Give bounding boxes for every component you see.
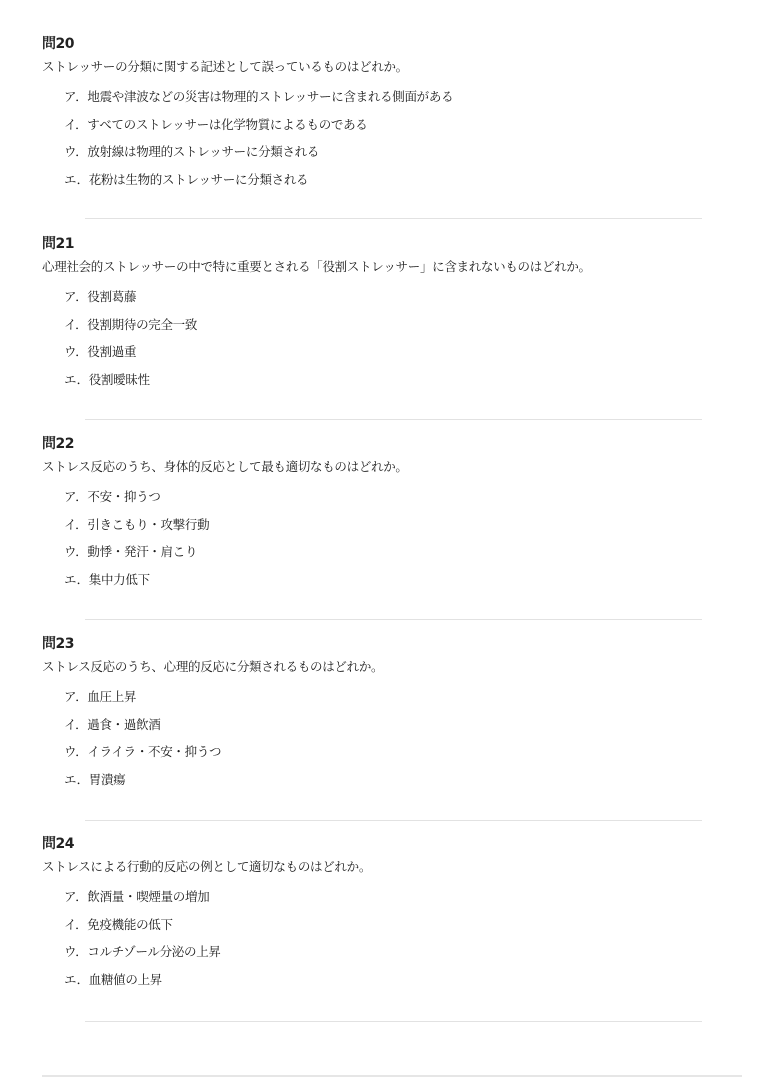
option-u: ウ．コルチゾール分泌の上昇 bbox=[64, 943, 742, 961]
option-text: 不安・抑うつ bbox=[87, 489, 160, 504]
question-number: 問24 bbox=[42, 835, 742, 853]
question-divider bbox=[85, 419, 702, 420]
option-i: イ．免疫機能の低下 bbox=[64, 916, 742, 934]
option-label: ウ． bbox=[64, 343, 87, 361]
option-i: イ．引きこもり・攻撃行動 bbox=[64, 516, 742, 534]
question-text: ストレッサーの分類に関する記述として誤っているものはどれか。 bbox=[42, 58, 742, 76]
option-e: エ．胃潰瘍 bbox=[64, 771, 742, 789]
option-text: 役割期待の完全一致 bbox=[87, 317, 197, 332]
option-a: ア．役割葛藤 bbox=[64, 288, 742, 306]
option-e: エ．血糖値の上昇 bbox=[64, 971, 742, 989]
option-label: イ． bbox=[64, 116, 87, 134]
option-text: 血糖値の上昇 bbox=[89, 972, 162, 987]
option-text: 役割曖昧性 bbox=[89, 372, 150, 387]
option-text: 引きこもり・攻撃行動 bbox=[87, 517, 209, 532]
page-bottom-rule bbox=[42, 1075, 742, 1077]
option-i: イ．すべてのストレッサーは化学物質によるものである bbox=[64, 116, 742, 134]
option-a: ア．不安・抑うつ bbox=[64, 488, 742, 506]
option-e: エ．集中力低下 bbox=[64, 571, 742, 589]
option-u: ウ．イライラ・不安・抑うつ bbox=[64, 743, 742, 761]
question-text: ストレスによる行動的反応の例として適切なものはどれか。 bbox=[42, 858, 742, 876]
question-number: 問23 bbox=[42, 635, 742, 653]
option-label: イ． bbox=[64, 716, 87, 734]
option-u: ウ．放射線は物理的ストレッサーに分類される bbox=[64, 143, 742, 161]
option-list: ア．不安・抑うつ イ．引きこもり・攻撃行動 ウ．動悸・発汗・肩こり エ．集中力低… bbox=[42, 488, 742, 589]
question-22: 問22 ストレス反応のうち、身体的反応として最も適切なものはどれか。 ア．不安・… bbox=[42, 435, 742, 598]
question-divider bbox=[85, 218, 702, 219]
question-24: 問24 ストレスによる行動的反応の例として適切なものはどれか。 ア．飲酒量・喫煙… bbox=[42, 835, 742, 998]
question-text: ストレス反応のうち、心理的反応に分類されるものはどれか。 bbox=[42, 658, 742, 676]
option-text: 免疫機能の低下 bbox=[87, 917, 172, 932]
option-label: エ． bbox=[64, 171, 89, 189]
option-label: ウ． bbox=[64, 743, 87, 761]
option-text: イライラ・不安・抑うつ bbox=[87, 744, 221, 759]
option-a: ア．地震や津波などの災害は物理的ストレッサーに含まれる側面がある bbox=[64, 88, 742, 106]
option-text: 集中力低下 bbox=[89, 572, 150, 587]
option-label: イ． bbox=[64, 316, 87, 334]
option-text: 胃潰瘍 bbox=[89, 772, 126, 787]
option-label: ア． bbox=[64, 488, 87, 506]
option-text: 過食・過飲酒 bbox=[87, 717, 160, 732]
option-label: ウ． bbox=[64, 143, 87, 161]
option-list: ア．役割葛藤 イ．役割期待の完全一致 ウ．役割過重 エ．役割曖昧性 bbox=[42, 288, 742, 389]
option-a: ア．飲酒量・喫煙量の増加 bbox=[64, 888, 742, 906]
option-text: 動悸・発汗・肩こり bbox=[87, 544, 197, 559]
option-label: エ． bbox=[64, 571, 89, 589]
option-list: ア．飲酒量・喫煙量の増加 イ．免疫機能の低下 ウ．コルチゾール分泌の上昇 エ．血… bbox=[42, 888, 742, 989]
option-a: ア．血圧上昇 bbox=[64, 688, 742, 706]
option-text: 地震や津波などの災害は物理的ストレッサーに含まれる側面がある bbox=[87, 89, 453, 104]
option-list: ア．地震や津波などの災害は物理的ストレッサーに含まれる側面がある イ．すべてのス… bbox=[42, 88, 742, 189]
question-number: 問20 bbox=[42, 35, 742, 53]
option-e: エ．花粉は生物的ストレッサーに分類される bbox=[64, 171, 742, 189]
question-divider bbox=[85, 1021, 702, 1022]
question-number: 問22 bbox=[42, 435, 742, 453]
option-label: ア． bbox=[64, 288, 87, 306]
option-label: エ． bbox=[64, 771, 89, 789]
question-divider bbox=[85, 619, 702, 620]
option-text: 放射線は物理的ストレッサーに分類される bbox=[87, 144, 319, 159]
option-label: ウ． bbox=[64, 543, 87, 561]
option-label: イ． bbox=[64, 516, 87, 534]
option-label: エ． bbox=[64, 971, 89, 989]
option-label: ア． bbox=[64, 888, 87, 906]
option-label: ア． bbox=[64, 688, 87, 706]
option-label: ア． bbox=[64, 88, 87, 106]
option-text: 役割葛藤 bbox=[87, 289, 136, 304]
option-text: 役割過重 bbox=[87, 344, 136, 359]
option-u: ウ．動悸・発汗・肩こり bbox=[64, 543, 742, 561]
option-i: イ．役割期待の完全一致 bbox=[64, 316, 742, 334]
option-text: 花粉は生物的ストレッサーに分類される bbox=[89, 172, 308, 187]
option-text: コルチゾール分泌の上昇 bbox=[87, 944, 220, 959]
question-divider bbox=[85, 820, 702, 821]
option-text: 飲酒量・喫煙量の増加 bbox=[87, 889, 209, 904]
option-list: ア．血圧上昇 イ．過食・過飲酒 ウ．イライラ・不安・抑うつ エ．胃潰瘍 bbox=[42, 688, 742, 789]
question-21: 問21 心理社会的ストレッサーの中で特に重要とされる「役割ストレッサー」に含まれ… bbox=[42, 235, 742, 398]
option-u: ウ．役割過重 bbox=[64, 343, 742, 361]
question-number: 問21 bbox=[42, 235, 742, 253]
question-20: 問20 ストレッサーの分類に関する記述として誤っているものはどれか。 ア．地震や… bbox=[42, 35, 742, 198]
option-i: イ．過食・過飲酒 bbox=[64, 716, 742, 734]
option-label: ウ． bbox=[64, 943, 87, 961]
option-e: エ．役割曖昧性 bbox=[64, 371, 742, 389]
question-text: ストレス反応のうち、身体的反応として最も適切なものはどれか。 bbox=[42, 458, 742, 476]
option-label: エ． bbox=[64, 371, 89, 389]
question-text: 心理社会的ストレッサーの中で特に重要とされる「役割ストレッサー」に含まれないもの… bbox=[42, 258, 742, 276]
option-label: イ． bbox=[64, 916, 87, 934]
question-23: 問23 ストレス反応のうち、心理的反応に分類されるものはどれか。 ア．血圧上昇 … bbox=[42, 635, 742, 798]
option-text: 血圧上昇 bbox=[87, 689, 136, 704]
option-text: すべてのストレッサーは化学物質によるものである bbox=[87, 117, 367, 132]
